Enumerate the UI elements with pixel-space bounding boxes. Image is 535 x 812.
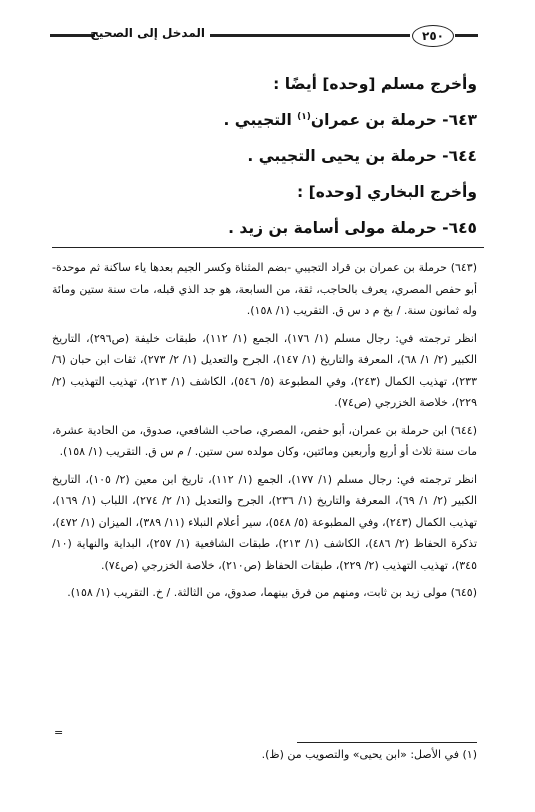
header-rule-left [50,34,95,37]
entry-645: ٦٤٥- حرملة مولى أسامة بن زيد . [177,210,477,246]
page-header: المدخل إلى الصحيح ٢٥٠ [50,24,478,48]
note-643-refs: انظر ترجمته في: رجال مسلم (١/ ١٧٦)، الجم… [52,328,477,414]
continuation-mark: = [54,726,63,739]
entry-643: ٦٤٣- حرملة بن عمران(١) التجيبي . [177,102,477,138]
header-rule-middle [210,34,410,37]
book-title: المدخل إلى الصحيح [105,26,205,40]
footnote-marker[interactable]: (١) [297,112,311,122]
header-rule-right [455,34,478,37]
page-number: ٢٥٠ [412,25,454,47]
note-644-bio: (٦٤٤) ابن حرملة بن عمران، أبو حفص، المصر… [52,420,477,463]
notes-separator [52,247,484,248]
footnote-1: (١) في الأصل: «ابن يحيى» والتصويب من (ظ)… [262,748,477,761]
footnote-rule [297,742,477,743]
heading-bukhari: وأخرج البخاري [وحده] : [177,174,477,210]
note-643-bio: (٦٤٣) حرملة بن عمران بن قراد التجيبي -بض… [52,257,477,322]
note-644-refs: انظر ترجمته في: رجال مسلم (١/ ١٧٧)، الجم… [52,469,477,577]
note-645-bio: (٦٤٥) مولى زيد بن ثابت، ومنهم من فرق بين… [52,582,477,604]
entry-644: ٦٤٤- حرملة بن يحيى التجيبي . [177,138,477,174]
main-text: وأخرج مسلم [وحده] أيضًا : ٦٤٣- حرملة بن … [177,66,477,246]
heading-muslim: وأخرج مسلم [وحده] أيضًا : [177,66,477,102]
annotations: (٦٤٣) حرملة بن عمران بن قراد التجيبي -بض… [52,257,477,610]
